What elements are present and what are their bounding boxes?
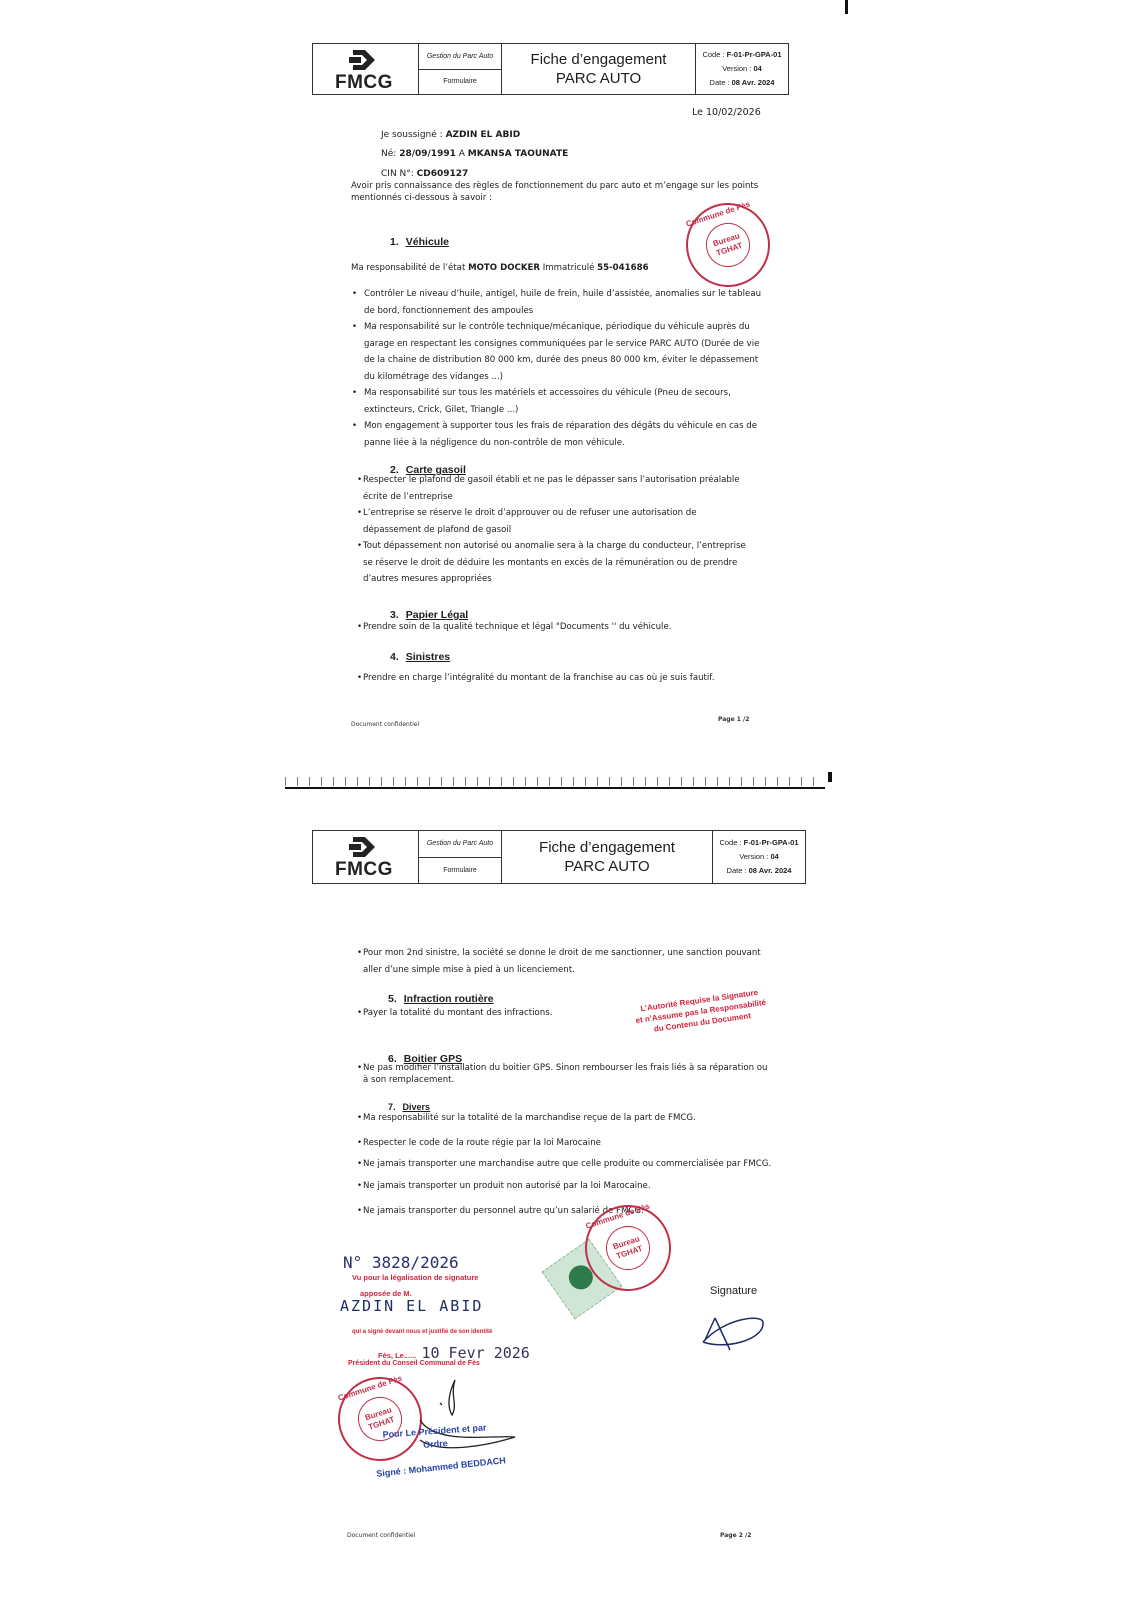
section-5-list: Payer la totalité du montant des infract… (357, 1005, 657, 1022)
section-title: Infraction routière (404, 993, 494, 1005)
vehicle-model: MOTO DOCKER (468, 263, 540, 273)
commune-stamp: Commune de Fès BureauTGHAT (675, 192, 781, 298)
doc-meta: Code : F-01-Pr-GPA-01 Version : 04 Date … (713, 831, 805, 883)
section-title: Sinistres (406, 651, 450, 663)
fmcg-logo-icon (347, 835, 379, 859)
list-item: Mon engagement à supporter tous les frai… (352, 418, 762, 451)
page-separator-ruler (285, 773, 825, 789)
stamp-center: BureauTGHAT (701, 218, 756, 273)
list-item: Payer la totalité du montant des infract… (357, 1005, 657, 1022)
stamp-center: BureauTGHAT (600, 1220, 656, 1276)
disclaimer-stamp: L’Autorité Requise la Signature et n’Ass… (633, 986, 768, 1037)
doc-meta: Code : F-01-Pr-GPA-01 Version : 04 Date … (696, 44, 788, 94)
section-6-list: Ne pas modifier l’installation du boitie… (357, 1062, 772, 1086)
soussigne-label: Je soussigné : (381, 130, 443, 140)
list-item: Ma responsabilité sur le contrôle techni… (352, 319, 762, 385)
list-item: Ma responsabilité sur tous les matériels… (352, 385, 762, 418)
code-value: F-01-Pr-GPA-01 (744, 838, 799, 847)
company-logo: FMCG (313, 831, 419, 883)
section-2-list: Respecter le plafond de gasoil établi et… (357, 472, 757, 588)
section-1-heading: 1.Véhicule (390, 236, 449, 248)
list-item: Contrôler Le niveau d’huile, antigel, hu… (352, 286, 762, 319)
list-item: Ma responsabilité sur la totalité de la … (357, 1110, 777, 1127)
list-item: Ne jamais transporter une marchandise au… (357, 1159, 777, 1170)
legalisation-line1: Vu pour la légalisation de signature (352, 1273, 478, 1282)
place-prefix: Fès, Le...... (378, 1351, 416, 1360)
version-value: 04 (753, 64, 761, 73)
list-item: L’entreprise se réserve le droit d’appro… (357, 505, 757, 538)
fmcg-logo-icon (347, 48, 379, 72)
section-5-heading: 5.Infraction routière (388, 993, 494, 1005)
vehicle-plate: 55-041686 (597, 263, 648, 273)
footer-page: Page 2 /2 (720, 1532, 751, 1539)
code-label: Code : (719, 838, 741, 847)
section-number: 5. (388, 993, 397, 1005)
date-label: Date : (710, 78, 730, 87)
section-4-heading: 4.Sinistres (390, 651, 450, 663)
title-line1: Fiche d’engagement (539, 838, 675, 857)
footer-left: Document confidentiel (351, 721, 419, 728)
document-header-page2: FMCG Gestion du Parc Auto Formulaire Fic… (312, 830, 806, 884)
list-item: Ne jamais transporter du personnel autre… (357, 1203, 777, 1220)
footer-left: Document confidentiel (347, 1532, 415, 1539)
section-1-list: Contrôler Le niveau d’huile, antigel, hu… (352, 286, 762, 451)
ruler-end (828, 772, 832, 782)
ne-date: 28/09/1991 (399, 149, 456, 159)
doc-type: Formulaire (419, 69, 501, 95)
lead-mid: Immatriculé (543, 263, 595, 273)
version-label: Version : (722, 64, 751, 73)
header-meta-left: Gestion du Parc Auto Formulaire (419, 44, 502, 94)
list-item: Ne jamais transporter un produit non aut… (357, 1178, 777, 1195)
cin-label: CIN N°: (381, 169, 414, 179)
section-title: Véhicule (406, 236, 449, 248)
section-3-list: Prendre soin de la qualité technique et … (357, 619, 767, 636)
footer-page: Page 1 /2 (718, 716, 749, 723)
document-date: Le 10/02/2026 (692, 107, 761, 118)
signed-by: Signé : Mohammed BEDDACH (376, 1455, 506, 1479)
list-item: Prendre en charge l’intégralité du monta… (357, 670, 767, 687)
scan-edge (845, 0, 848, 14)
department: Gestion du Parc Auto (419, 44, 501, 69)
document-header: FMCG Gestion du Parc Auto Formulaire Fic… (312, 43, 789, 95)
intro-text: Avoir pris connaissance des règles de fo… (351, 180, 761, 204)
doc-type: Formulaire (419, 857, 501, 884)
legalisation-line4: Président du Conseil Communal de Fès (348, 1360, 480, 1367)
section-7-list: Ma responsabilité sur la totalité de la … (357, 1110, 777, 1219)
sinistre-continued: Pour mon 2nd sinistre, la société se don… (357, 945, 777, 978)
list-item: Respecter le code de la route régie par … (357, 1135, 777, 1152)
identity-birth: Né: 28/09/1991 A MKANSA TAOUNATE (381, 146, 568, 163)
soussigne-value: AZDIN EL ABID (446, 130, 521, 140)
date-value: 08 Avr. 2024 (749, 866, 792, 875)
vehicle-lead: Ma responsabilité de l’état MOTO DOCKER … (351, 260, 649, 277)
department: Gestion du Parc Auto (419, 831, 501, 857)
version-label: Version : (739, 852, 768, 861)
signer-signature (695, 1310, 775, 1360)
company-name: FMCG (335, 859, 393, 881)
legalisation-line3: qui a signé devant nous et justifié de s… (352, 1329, 492, 1335)
legalisation-signer-name: AZDIN EL ABID (340, 1297, 483, 1315)
section-number: 4. (390, 651, 399, 663)
list-item: Pour mon 2nd sinistre, la société se don… (357, 945, 777, 978)
cin-value: CD609127 (417, 169, 469, 179)
ne-a: A (459, 149, 465, 159)
legalisation-number: N° 3828/2026 (343, 1253, 459, 1272)
company-name: FMCG (335, 72, 393, 94)
version-value: 04 (770, 852, 778, 861)
section-4-list: Prendre en charge l’intégralité du monta… (357, 670, 767, 687)
list-item: Prendre soin de la qualité technique et … (357, 619, 767, 636)
company-logo: FMCG (313, 44, 419, 94)
title-line2: PARC AUTO (556, 69, 641, 88)
doc-title: Fiche d’engagement PARC AUTO (502, 831, 713, 883)
code-label: Code : (702, 50, 724, 59)
list-item: Tout dépassement non autorisé ou anomali… (357, 538, 757, 588)
date-value: 08 Avr. 2024 (732, 78, 775, 87)
ne-lieu: MKANSA TAOUNATE (468, 149, 568, 159)
list-item: Respecter le plafond de gasoil établi et… (357, 472, 757, 505)
section-number: 1. (390, 236, 399, 248)
code-value: F-01-Pr-GPA-01 (727, 50, 782, 59)
signature-label: Signature (710, 1285, 757, 1297)
title-line2: PARC AUTO (564, 857, 649, 876)
ne-label: Né: (381, 149, 396, 159)
date-label: Date : (727, 866, 747, 875)
title-line1: Fiche d’engagement (531, 50, 667, 69)
lead-prefix: Ma responsabilité de l’état (351, 263, 465, 273)
doc-title: Fiche d’engagement PARC AUTO (502, 44, 696, 94)
list-item: Ne pas modifier l’installation du boitie… (357, 1062, 772, 1086)
header-meta-left: Gestion du Parc Auto Formulaire (419, 831, 502, 883)
identity-name: Je soussigné : AZDIN EL ABID (381, 127, 520, 144)
